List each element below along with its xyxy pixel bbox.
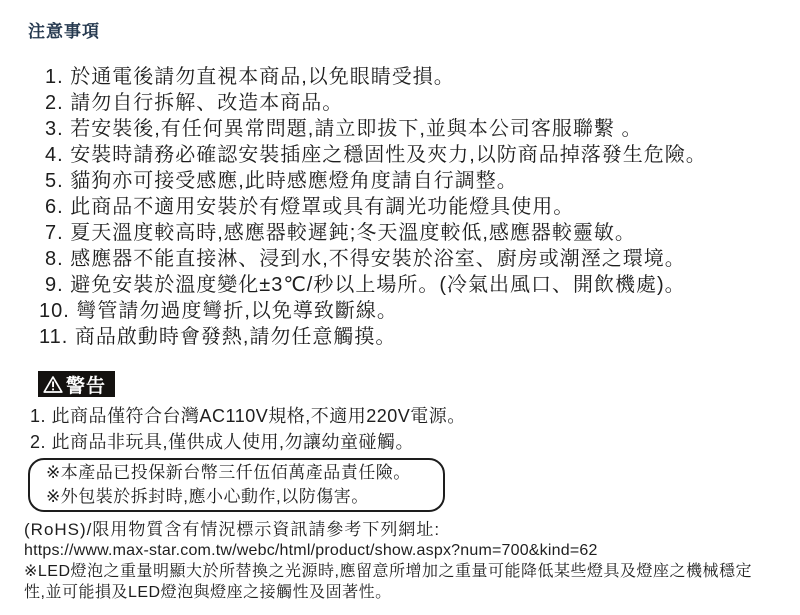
precaution-item: 1. 於通電後請勿直視本商品,以免眼睛受損。 xyxy=(45,64,800,90)
warning-badge: 警告 xyxy=(38,371,115,397)
precaution-item: 10. 彎管請勿過度彎折,以免導致斷線。 xyxy=(39,298,800,324)
precaution-item: 2. 請勿自行拆解、改造本商品。 xyxy=(45,90,800,116)
notice-page: 注意事項 1. 於通電後請勿直視本商品,以免眼睛受損。 2. 請勿自行拆解、改造… xyxy=(0,0,800,615)
precaution-item: 6. 此商品不適用安裝於有燈罩或具有調光功能燈具使用。 xyxy=(45,194,800,220)
rohs-url: https://www.max-star.com.tw/webc/html/pr… xyxy=(24,541,800,561)
precaution-item: 8. 感應器不能直接淋、浸到水,不得安裝於浴室、廚房或潮溼之環境。 xyxy=(45,246,800,272)
precaution-item: 3. 若安裝後,有任何異常問題,請立即拔下,並與本公司客服聯繫 。 xyxy=(45,116,800,142)
insurance-line: ※本產品已投保新台幣三仟伍佰萬產品責任險。 xyxy=(46,461,435,485)
warning-badge-label: 警告 xyxy=(66,371,106,398)
warning-item: 2. 此商品非玩具,僅供成人使用,勿讓幼童碰觸。 xyxy=(30,429,800,455)
footer-notes: (RoHS)/限用物質含有情況標示資訊請參考下列網址: https://www.… xyxy=(24,519,800,603)
page-title: 注意事項 xyxy=(28,20,800,44)
precaution-item: 5. 貓狗亦可接受感應,此時感應燈角度請自行調整。 xyxy=(45,168,800,194)
warning-list: 1. 此商品僅符合台灣AC110V規格,不適用220V電源。 2. 此商品非玩具… xyxy=(0,403,800,455)
precaution-item: 9. 避免安裝於溫度變化±3℃/秒以上場所。(冷氣出風口、開飲機處)。 xyxy=(45,272,800,298)
precaution-item: 7. 夏天溫度較高時,感應器較遲鈍;冬天溫度較低,感應器較靈敏。 xyxy=(45,220,800,246)
warning-triangle-icon xyxy=(43,375,63,394)
warning-item: 1. 此商品僅符合台灣AC110V規格,不適用220V電源。 xyxy=(30,403,800,429)
precaution-item: 4. 安裝時請務必確認安裝插座之穩固性及夾力,以防商品掉落發生危險。 xyxy=(45,142,800,168)
warning-badge-row: 警告 xyxy=(38,371,800,397)
precaution-list: 1. 於通電後請勿直視本商品,以免眼睛受損。 2. 請勿自行拆解、改造本商品。 … xyxy=(0,64,800,350)
precaution-item: 11. 商品啟動時會發熱,請勿任意觸摸。 xyxy=(39,324,800,350)
led-weight-note: ※LED燈泡之重量明顯大於所替換之光源時,應留意所增加之重量可能降低某些燈具及燈… xyxy=(24,561,756,603)
insurance-line: ※外包裝於拆封時,應小心動作,以防傷害。 xyxy=(46,485,435,509)
rohs-note: (RoHS)/限用物質含有情況標示資訊請參考下列網址: xyxy=(24,519,800,541)
insurance-box: ※本產品已投保新台幣三仟伍佰萬產品責任險。 ※外包裝於拆封時,應小心動作,以防傷… xyxy=(28,458,445,512)
